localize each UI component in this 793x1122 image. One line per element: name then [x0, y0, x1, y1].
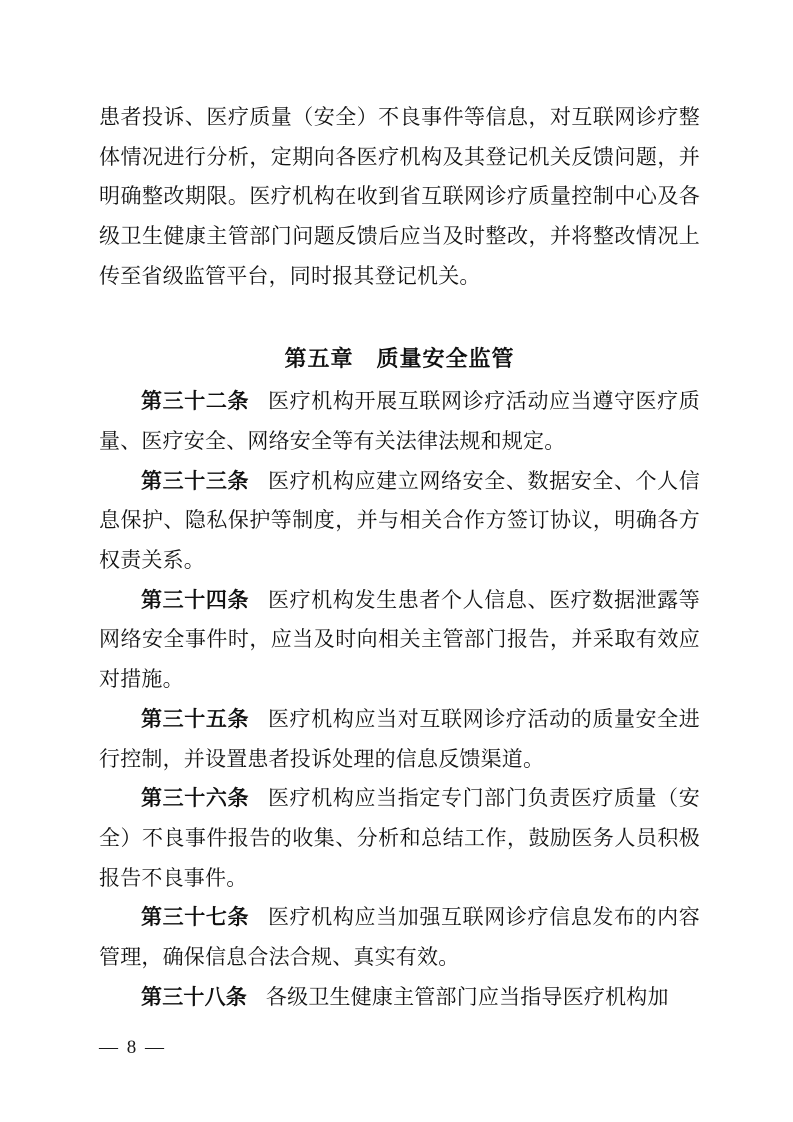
article-number: 第三十三条: [141, 470, 249, 493]
article-paragraph: 第三十二条医疗机构开展互联网诊疗活动应当遵守医疗质量、医疗安全、网络安全等有关法…: [99, 382, 700, 461]
document-body: 患者投诉、医疗质量（安全）不良事件等信息，对互联网诊疗整体情况进行分析，定期向各…: [99, 98, 700, 1017]
article-paragraph: 第三十七条医疗机构应当加强互联网诊疗信息发布的内容管理，确保信息合法合规、真实有…: [99, 898, 700, 977]
article-paragraph: 第三十三条医疗机构应建立网络安全、数据安全、个人信息保护、隐私保护等制度，并与相…: [99, 462, 700, 581]
article-paragraph: 第三十五条医疗机构应当对互联网诊疗活动的质量安全进行控制，并设置患者投诉处理的信…: [99, 700, 700, 779]
article-number: 第三十四条: [141, 589, 249, 612]
article-paragraph: 第三十六条医疗机构应当指定专门部门负责医疗质量（安全）不良事件报告的收集、分析和…: [99, 779, 700, 898]
article-paragraph: 第三十四条医疗机构发生患者个人信息、医疗数据泄露等网络安全事件时，应当及时向相关…: [99, 581, 700, 700]
article-number: 第三十七条: [141, 906, 249, 929]
document-page: 患者投诉、医疗质量（安全）不良事件等信息，对互联网诊疗整体情况进行分析，定期向各…: [0, 0, 793, 1122]
article-number: 第三十六条: [141, 787, 249, 810]
page-number: — 8 —: [99, 1036, 166, 1060]
chapter-heading: 第五章 质量安全监管: [99, 339, 700, 379]
article-paragraph: 第三十八条各级卫生健康主管部门应当指导医疗机构加: [99, 978, 700, 1018]
article-number: 第三十五条: [141, 708, 249, 731]
article-text: 各级卫生健康主管部门应当指导医疗机构加: [266, 985, 669, 1009]
article-number: 第三十八条: [141, 986, 247, 1009]
continuation-paragraph: 患者投诉、医疗质量（安全）不良事件等信息，对互联网诊疗整体情况进行分析，定期向各…: [99, 98, 700, 297]
article-number: 第三十二条: [141, 390, 249, 413]
